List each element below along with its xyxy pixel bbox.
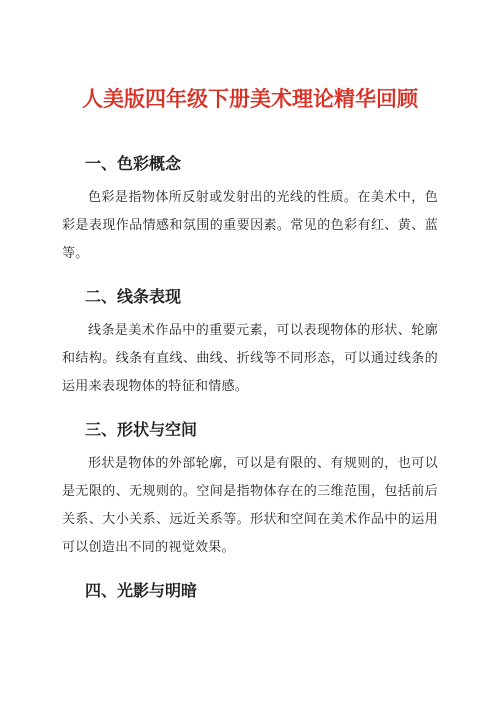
section-line-expression: 二、线条表现 线条是美术作品中的重要元素，可以表现物体的形状、轮廓和结构。线条有… <box>62 287 438 400</box>
section-heading: 三、形状与空间 <box>62 420 438 441</box>
section-body: 形状是物体的外部轮廓，可以是有限的、有规则的，也可以是无限的、无规则的。空间是指… <box>62 449 438 561</box>
document-content: 人美版四年级下册美术理论精华回顾 一、色彩概念 色彩是指物体所反射或发射出的光线… <box>0 0 500 602</box>
document-title: 人美版四年级下册美术理论精华回顾 <box>62 86 438 114</box>
section-heading: 四、光影与明暗 <box>62 581 438 602</box>
section-heading: 二、线条表现 <box>62 287 438 308</box>
section-body: 线条是美术作品中的重要元素，可以表现物体的形状、轮廓和结构。线条有直线、曲线、折… <box>62 316 438 400</box>
section-body: 色彩是指物体所反射或发射出的光线的性质。在美术中，色彩是表现作品情感和氛围的重要… <box>62 183 438 267</box>
section-light-shadow: 四、光影与明暗 <box>62 581 438 602</box>
section-heading: 一、色彩概念 <box>62 154 438 175</box>
document-page: 人美版四年级下册美术理论精华回顾 一、色彩概念 色彩是指物体所反射或发射出的光线… <box>0 0 500 707</box>
section-shape-space: 三、形状与空间 形状是物体的外部轮廓，可以是有限的、有规则的，也可以是无限的、无… <box>62 420 438 561</box>
section-color-concept: 一、色彩概念 色彩是指物体所反射或发射出的光线的性质。在美术中，色彩是表现作品情… <box>62 154 438 267</box>
